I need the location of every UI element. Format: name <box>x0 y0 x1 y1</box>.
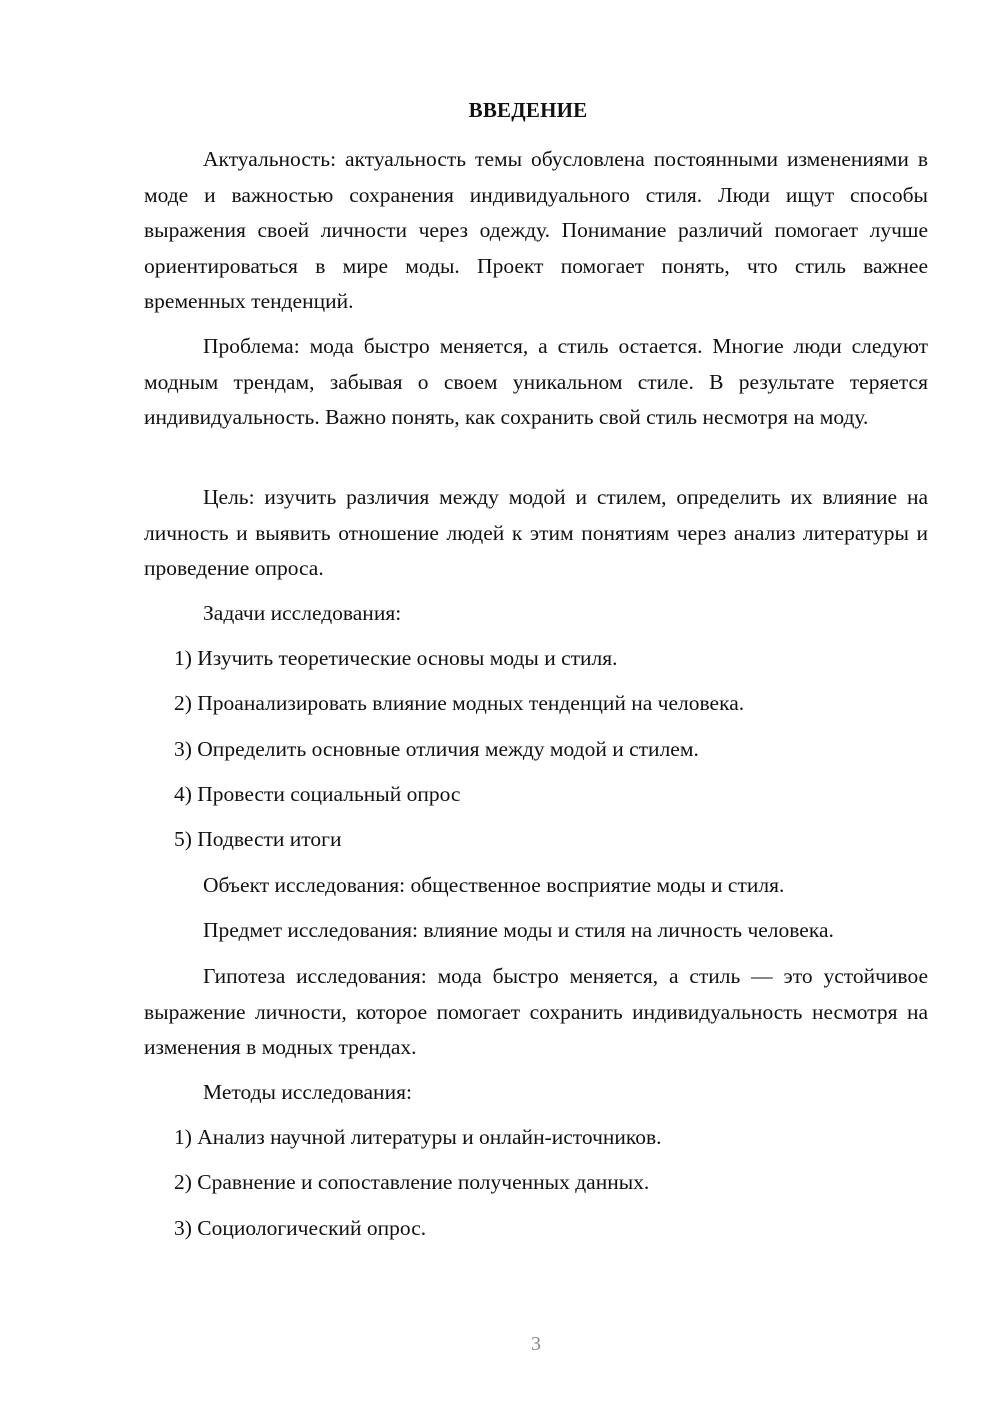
research-subject: Предмет исследования: влияние моды и сти… <box>203 913 834 949</box>
task-item: 1) Изучить теоретические основы моды и с… <box>174 641 618 677</box>
task-item: 4) Провести социальный опрос <box>174 777 460 813</box>
paragraph-goal: Цель: изучить различия между модой и сти… <box>144 480 928 587</box>
research-hypothesis: Гипотеза исследования: мода быстро меняе… <box>144 959 928 1066</box>
task-item: 3) Определить основные отличия между мод… <box>174 732 699 768</box>
section-title: ВВЕДЕНИЕ <box>144 98 928 123</box>
paragraph-relevance: Актуальность: актуальность темы обусловл… <box>144 142 928 320</box>
task-item: 2) Проанализировать влияние модных тенде… <box>174 686 744 722</box>
document-page: ВВЕДЕНИЕ Актуальность: актуальность темы… <box>0 0 1000 1414</box>
tasks-heading: Задачи исследования: <box>203 596 401 632</box>
method-item: 1) Анализ научной литературы и онлайн-ис… <box>174 1120 662 1156</box>
method-item: 2) Сравнение и сопоставление полученных … <box>174 1165 649 1201</box>
method-item: 3) Социологический опрос. <box>174 1211 426 1247</box>
section-title-text: ВВЕДЕНИЕ <box>469 98 588 123</box>
page-number: 3 <box>0 1333 1000 1356</box>
methods-heading: Методы исследования: <box>203 1075 412 1111</box>
research-object: Объект исследования: общественное воспри… <box>203 868 784 904</box>
task-item: 5) Подвести итоги <box>174 822 342 858</box>
paragraph-problem: Проблема: мода быстро меняется, а стиль … <box>144 329 928 436</box>
